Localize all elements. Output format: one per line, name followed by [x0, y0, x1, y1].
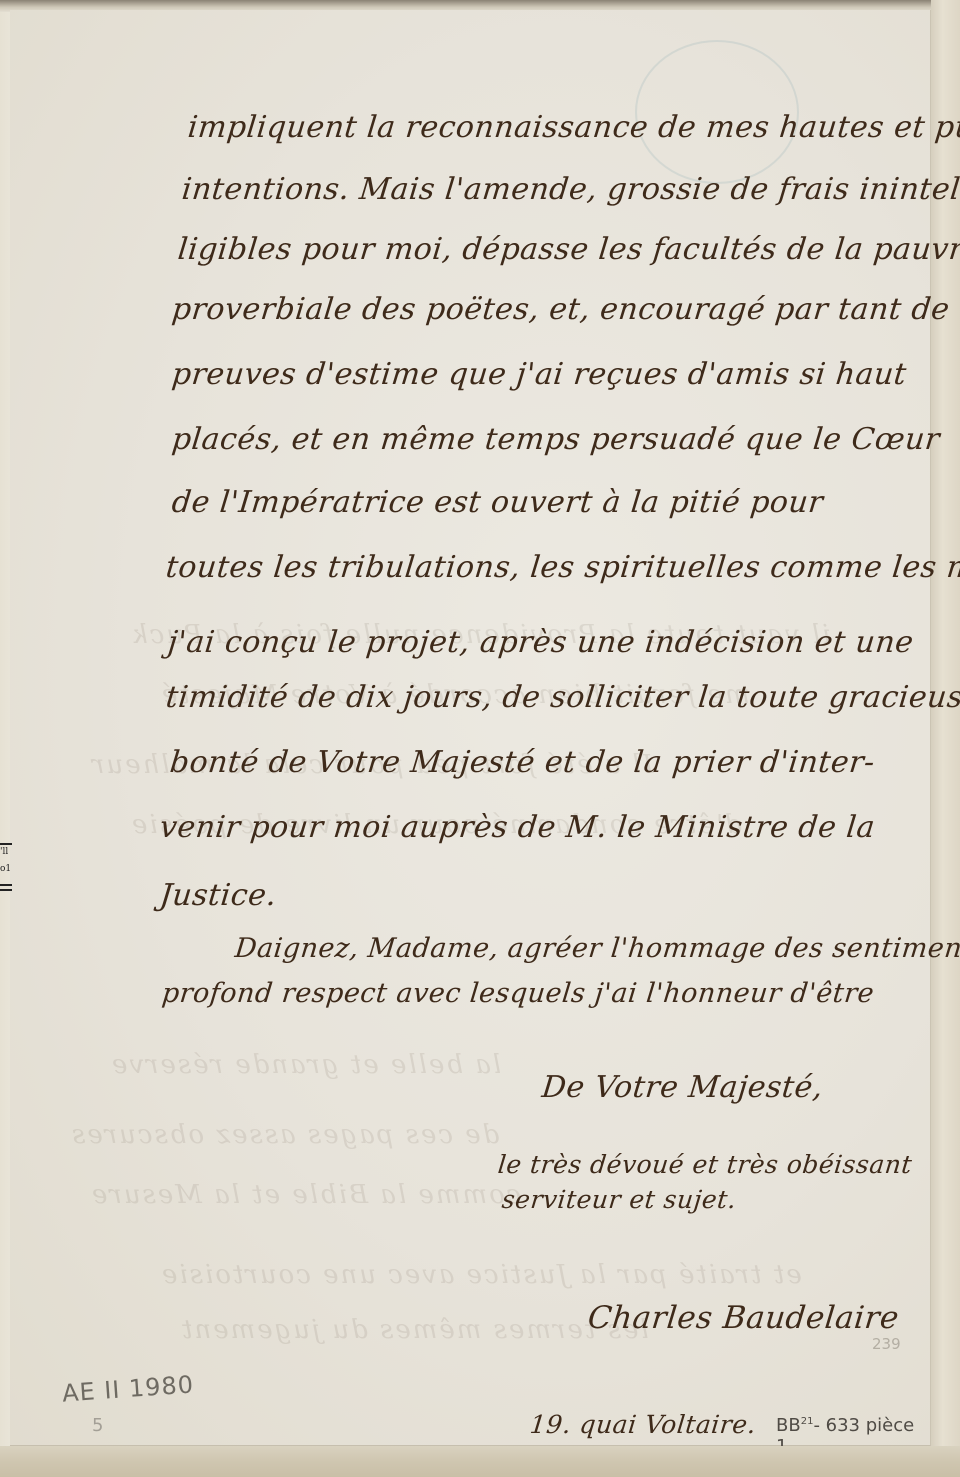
bottom-backing-strip — [0, 1446, 960, 1477]
edge-rule — [0, 843, 12, 845]
letter-line: preuves d'estime que j'ai reçues d'amis … — [170, 357, 908, 392]
bleed-through-text: les termes mêmes du jugement — [180, 1315, 649, 1345]
edge-rule — [0, 884, 12, 886]
folio-number: 239 — [872, 1335, 901, 1353]
cote-sup: 21 — [801, 1416, 814, 1427]
letter-line: intentions. Mais l'amende, grossie de fr… — [180, 172, 960, 207]
bleed-through-text: de ces pages assez obscures — [70, 1120, 499, 1150]
bleed-through-text: comme la Bible et la Mesure — [90, 1180, 521, 1210]
letter-line: timidité de dix jours, de solliciter la … — [164, 680, 960, 715]
letter-line: venir pour moi auprès de M. le Ministre … — [158, 810, 877, 845]
letter-sheet: il vaut toute la Providence nulle fois à… — [10, 10, 931, 1446]
letter-line: de l'Impératrice est ouvert à la pitié p… — [170, 485, 825, 520]
edge-text: 'll — [0, 848, 14, 857]
edge-text: o1 — [0, 865, 14, 874]
letter-line: ligibles pour moi, dépasse les facultés … — [176, 232, 960, 267]
left-edge-marks: 'll o1 — [0, 840, 14, 894]
letter-line: j'ai conçu le projet, après une indécisi… — [166, 625, 915, 660]
archive-sub-mark: 5 — [92, 1415, 103, 1436]
signature: Charles Baudelaire — [586, 1300, 901, 1336]
letter-line: proverbiale des poëtes, et, encouragé pa… — [170, 292, 951, 327]
right-margin-strip — [931, 0, 960, 1477]
letter-line: Justice. — [158, 878, 278, 913]
bleed-through-text: et traité par la Justice avec une courto… — [160, 1260, 802, 1290]
bleed-through-text: la belle et grande réserve — [110, 1050, 501, 1080]
letter-line: toutes les tribulations, les spirituelle… — [164, 550, 960, 585]
cote-prefix: BB — [776, 1415, 801, 1436]
closing-line: Daignez, Madame, agréer l'hommage des se… — [233, 933, 960, 964]
letter-line: impliquent la reconnaissance de mes haut… — [186, 110, 960, 145]
letter-line: placés, et en même temps persuadé que le… — [170, 422, 942, 457]
letter-line: bonté de Votre Majesté et de la prier d'… — [168, 745, 876, 780]
edge-rule — [0, 889, 12, 891]
address: 19. quai Voltaire. — [528, 1410, 757, 1439]
closing-line: profond respect avec lesquels j'ai l'hon… — [160, 978, 875, 1009]
archive-reference: AE II 1980 — [61, 1370, 195, 1407]
valediction-line: le très dévoué et très obéissant — [496, 1150, 913, 1179]
valediction-line: serviteur et sujet. — [500, 1185, 737, 1214]
salutation: De Votre Majesté, — [540, 1070, 825, 1105]
